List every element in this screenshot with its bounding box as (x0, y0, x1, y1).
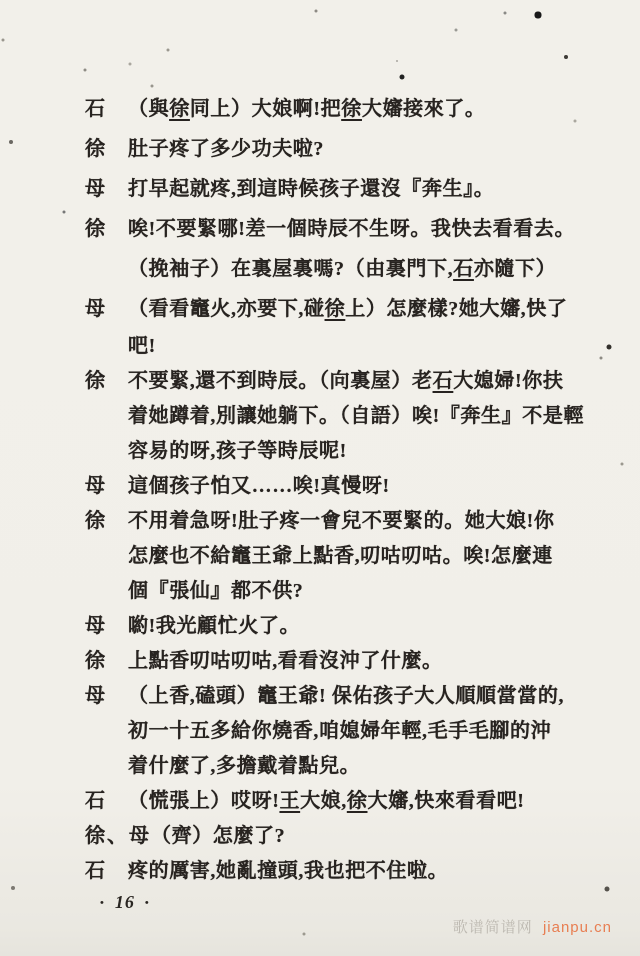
speaker-label (85, 399, 128, 434)
page-number-value: 16 (115, 892, 135, 913)
proper-name-mark: 徐 (169, 98, 190, 120)
dialogue-line: 徐不要緊,還不到時辰。（向裏屋）老石大媳婦!你扶 (85, 364, 630, 399)
proper-name-mark: 徐 (347, 790, 368, 812)
speaker-label: 石 (85, 89, 128, 129)
speaker-label (85, 329, 128, 364)
dialogue-text: 唉!不要緊哪!差一個時辰不生呀。我快去看看去。 (128, 209, 575, 249)
dialogue-text: 肚子疼了多少功夫啦? (128, 129, 324, 169)
dialogue-text: （齊）怎麼了? (151, 819, 285, 854)
dialogue-line: 吧! (85, 329, 630, 364)
dialogue-line: 怎麼也不給竈王爺上點香,叨咕叨咕。唉!怎麼連 (85, 539, 630, 574)
dialogue-text: 着她蹲着,別讓她躺下。（自語）唉!『奔生』不是輕 (128, 399, 584, 434)
dialogue-line: 石（慌張上）哎呀!王大娘,徐大嬸,快來看看吧! (85, 784, 630, 819)
speaker-label: 徐 (85, 644, 128, 679)
dialogue-text: 初一十五多給你燒香,咱媳婦年輕,毛手毛腳的沖 (128, 714, 551, 749)
speaker-label: 徐、母 (85, 819, 151, 854)
speaker-label: 母 (85, 679, 128, 714)
speaker-label (85, 749, 128, 784)
dialogue-text: 喲!我光顧忙火了。 (128, 609, 300, 644)
dialogue-text: 打早起就疼,到這時候孩子還沒『奔生』。 (128, 169, 494, 209)
speaker-label: 徐 (85, 504, 128, 539)
speaker-label: 母 (85, 609, 128, 644)
dialogue-text: 怎麼也不給竈王爺上點香,叨咕叨咕。唉!怎麼連 (128, 539, 553, 574)
speaker-label: 母 (85, 289, 128, 329)
dialogue-line: 着什麼了,多擔戴着點兒。 (85, 749, 630, 784)
watermark-site-name: 歌谱简谱网 (453, 919, 533, 936)
dialogue-text: 不用着急呀!肚子疼一會兒不要緊的。她大娘!你 (128, 504, 555, 539)
speaker-label (85, 434, 128, 469)
speaker-label: 母 (85, 169, 128, 209)
dialogue-text: （看看竈火,亦要下,碰徐上）怎麼樣?她大嬸,快了 (128, 289, 567, 329)
page-number-dot-right: • (145, 897, 150, 909)
dialogue-text: 着什麼了,多擔戴着點兒。 (128, 749, 360, 784)
dialogue-text: （挽袖子）在裏屋裏嗎?（由裏門下,石亦隨下） (128, 249, 556, 289)
page-number: • 16 • (100, 892, 150, 913)
dialogue-text: 這個孩子怕又……唉!真慢呀! (128, 469, 390, 504)
speaker-label: 母 (85, 469, 128, 504)
speaker-label (85, 714, 128, 749)
dialogue-text: 上點香叨咕叨咕,看看沒沖了什麼。 (128, 644, 443, 679)
dialogue-text: 個『張仙』都不供? (128, 574, 303, 609)
speaker-label (85, 574, 128, 609)
dialogue-line: 徐肚子疼了多少功夫啦? (85, 129, 630, 169)
dialogue-line: 石疼的厲害,她亂撞頭,我也把不住啦。 (85, 854, 630, 889)
dialogue-line: 石（與徐同上）大娘啊!把徐大嬸接來了。 (85, 89, 630, 129)
dialogue-text: 吧! (128, 329, 156, 364)
dialogue-line: 母（看看竈火,亦要下,碰徐上）怎麼樣?她大嬸,快了 (85, 289, 630, 329)
dialogue-line: （挽袖子）在裏屋裏嗎?（由裏門下,石亦隨下） (85, 249, 630, 289)
speaker-label: 石 (85, 854, 128, 889)
scan-specks (0, 0, 2, 2)
speaker-label (85, 539, 128, 574)
proper-name-mark: 徐 (341, 98, 362, 120)
dialogue-line: 母喲!我光顧忙火了。 (85, 609, 630, 644)
proper-name-mark: 徐 (325, 298, 346, 320)
proper-name-mark: 石 (453, 258, 474, 280)
proper-name-mark: 王 (279, 790, 300, 812)
scanned-script-page: 石（與徐同上）大娘啊!把徐大嬸接來了。徐肚子疼了多少功夫啦?母打早起就疼,到這時… (0, 0, 640, 956)
dialogue-line: 母這個孩子怕又……唉!真慢呀! (85, 469, 630, 504)
speaker-label: 徐 (85, 364, 128, 399)
proper-name-mark: 石 (433, 370, 454, 392)
watermark-domain: jianpu.cn (543, 919, 612, 936)
dialogue-text: （上香,磕頭）竈王爺! 保佑孩子大人順順當當的, (128, 679, 564, 714)
speaker-label: 徐 (85, 129, 128, 169)
dialogue-line: 徐唉!不要緊哪!差一個時辰不生呀。我快去看看去。 (85, 209, 630, 249)
watermark: 歌谱简谱网 jianpu.cn (453, 916, 612, 937)
speaker-label (85, 249, 128, 289)
dialogue-line: 徐不用着急呀!肚子疼一會兒不要緊的。她大娘!你 (85, 504, 630, 539)
dialogue-text: 不要緊,還不到時辰。（向裏屋）老石大媳婦!你扶 (128, 364, 563, 399)
dialogue-text: （慌張上）哎呀!王大娘,徐大嬸,快來看看吧! (128, 784, 525, 819)
dialogue-line: 母打早起就疼,到這時候孩子還沒『奔生』。 (85, 169, 630, 209)
dialogue-line: 容易的呀,孩子等時辰呢! (85, 434, 630, 469)
script-area: 石（與徐同上）大娘啊!把徐大嬸接來了。徐肚子疼了多少功夫啦?母打早起就疼,到這時… (85, 89, 630, 889)
speaker-label: 徐 (85, 209, 128, 249)
dialogue-line: 母（上香,磕頭）竈王爺! 保佑孩子大人順順當當的, (85, 679, 630, 714)
dialogue-text: 疼的厲害,她亂撞頭,我也把不住啦。 (128, 854, 448, 889)
dialogue-line: 徐上點香叨咕叨咕,看看沒沖了什麼。 (85, 644, 630, 679)
dialogue-line: 個『張仙』都不供? (85, 574, 630, 609)
page-number-dot-left: • (100, 897, 105, 909)
dialogue-line: 初一十五多給你燒香,咱媳婦年輕,毛手毛腳的沖 (85, 714, 630, 749)
dialogue-line: 着她蹲着,別讓她躺下。（自語）唉!『奔生』不是輕 (85, 399, 630, 434)
speaker-label: 石 (85, 784, 128, 819)
dialogue-line: 徐、母（齊）怎麼了? (85, 819, 630, 854)
dialogue-text: （與徐同上）大娘啊!把徐大嬸接來了。 (128, 89, 486, 129)
dialogue-text: 容易的呀,孩子等時辰呢! (128, 434, 347, 469)
